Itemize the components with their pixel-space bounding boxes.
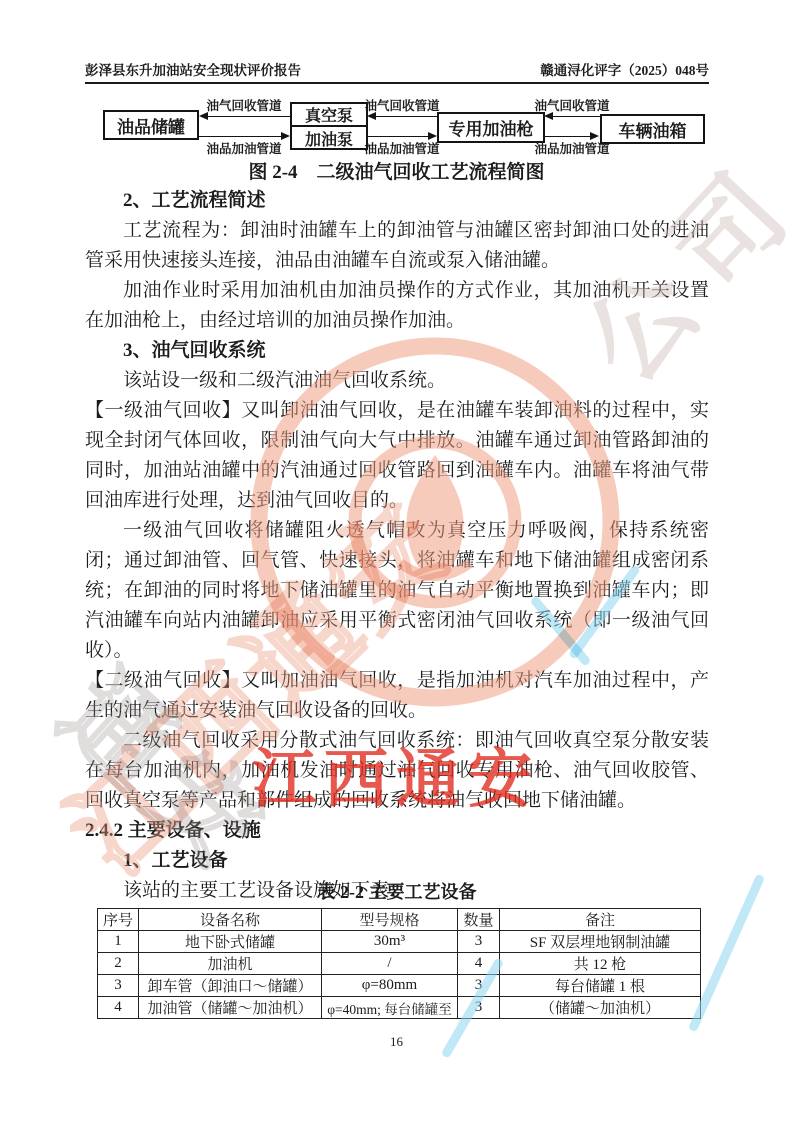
equipment-table-section: 表 2-2 主要工艺设备 序号 设备名称 型号规格 数量 备注 1 地下卧式储罐…: [85, 876, 709, 1019]
equipment-table: 序号 设备名称 型号规格 数量 备注 1 地下卧式储罐 30m³ 3 SF 双层…: [97, 908, 701, 1019]
cell-spec: φ=40mm; 每台储罐至: [322, 997, 458, 1019]
heading-process-equipment: 1、工艺设备: [85, 846, 709, 876]
paragraph-primary-detail: 一级油气回收将储罐阻火透气帽改为真空压力呼吸阀，保持系统密闭；通过卸油管、回气管…: [85, 516, 709, 666]
header-document-number: 赣通浔化评字（2025）048号: [540, 59, 709, 79]
table-row: 2 加油机 / 4 共 12 枪: [98, 953, 701, 975]
cell-quantity: 4: [458, 953, 500, 975]
figure-caption: 图 2-4 二级油气回收工艺流程简图: [0, 157, 793, 184]
column-header-quantity: 数量: [458, 909, 500, 931]
cell-quantity: 3: [458, 997, 500, 1019]
cell-name: 地下卧式储罐: [139, 931, 322, 953]
column-header-remark: 备注: [500, 909, 701, 931]
page-number: 16: [0, 1034, 793, 1050]
cell-index: 2: [98, 953, 139, 975]
heading-vapor-recovery-system: 3、油气回收系统: [85, 336, 709, 366]
document-page: 彭泽县东升加油站安全现状评价报告 赣通浔化评字（2025）048号 油品储罐 真…: [0, 0, 793, 1122]
pipe-label-vapor-recovery: 油气回收管道: [525, 96, 619, 114]
table-row: 4 加油管（储罐～加油机） φ=40mm; 每台储罐至 3 （储罐～加油机）: [98, 997, 701, 1019]
paragraph-secondary-recovery: 【二级油气回收】又叫加油油气回收，是指加油机对汽车加油过程中，产生的油气通过安装…: [85, 666, 709, 726]
cell-spec: 30m³: [322, 931, 458, 953]
heading-main-equipment: 2.4.2 主要设备、设施: [85, 816, 709, 846]
diagram-box-oil-storage-tank: 油品储罐: [103, 110, 199, 140]
cell-spec: /: [322, 953, 458, 975]
heading-process-summary: 2、工艺流程简述: [85, 186, 709, 216]
table-header-row: 序号 设备名称 型号规格 数量 备注: [98, 909, 701, 931]
pipe-line: [207, 116, 290, 117]
paragraph-primary-recovery: 【一级油气回收】又叫卸油油气回收，是在油罐车装卸油料的过程中，实现全封闭气体回收…: [85, 396, 709, 516]
cell-remark: （储罐～加油机）: [500, 997, 701, 1019]
cell-name: 加油管（储罐～加油机）: [139, 997, 322, 1019]
cell-name: 加油机: [139, 953, 322, 975]
paragraph-station-systems: 该站设一级和二级汽油油气回收系统。: [85, 366, 709, 396]
table-caption: 表 2-2 主要工艺设备: [85, 876, 709, 908]
cell-index: 3: [98, 975, 139, 997]
pipe-label-vapor-recovery: 油气回收管道: [197, 96, 291, 114]
cell-index: 4: [98, 997, 139, 1019]
header-report-title: 彭泽县东升加油站安全现状评价报告: [85, 59, 301, 79]
page-header: 彭泽县东升加油站安全现状评价报告 赣通浔化评字（2025）048号: [85, 54, 709, 84]
paragraph-refueling-operation: 加油作业时采用加油机由加油员操作的方式作业，其加油机开关设置在加油枪上，由经过培…: [85, 276, 709, 336]
box-label: 油品储罐: [117, 113, 185, 138]
cell-remark: 共 12 枪: [500, 953, 701, 975]
body-text: 2、工艺流程简述 工艺流程为：卸油时油罐车上的卸油管与油罐区密封卸油口处的进油管…: [85, 186, 709, 906]
pipe-label-fuel-pipe: 油品加油管道: [525, 139, 619, 157]
column-header-index: 序号: [98, 909, 139, 931]
table-row: 3 卸车管（卸油口～储罐） φ=80mm 3 每台储罐 1 根: [98, 975, 701, 997]
column-header-name: 设备名称: [139, 909, 322, 931]
paragraph-process-flow: 工艺流程为：卸油时油罐车上的卸油管与油罐区密封卸油口处的进油管采用快速接头连接，…: [85, 216, 709, 276]
pipe-label-fuel-pipe: 油品加油管道: [355, 139, 449, 157]
cell-index: 1: [98, 931, 139, 953]
cell-quantity: 3: [458, 931, 500, 953]
cell-name: 卸车管（卸油口～储罐）: [139, 975, 322, 997]
cell-quantity: 3: [458, 975, 500, 997]
cell-remark: 每台储罐 1 根: [500, 975, 701, 997]
pipe-line: [199, 136, 282, 137]
pipe-line: [545, 136, 591, 137]
box-label: 车辆油箱: [619, 117, 687, 142]
vapor-recovery-flow-diagram: 油品储罐 真空泵 加油泵 专用加油枪 车辆油箱 油气回收管道 油品加油管道 油气…: [0, 96, 793, 158]
table-row: 1 地下卧式储罐 30m³ 3 SF 双层埋地钢制油罐: [98, 931, 701, 953]
pipe-line: [552, 116, 600, 117]
pipe-line: [368, 136, 429, 137]
pipe-label-fuel-pipe: 油品加油管道: [197, 139, 291, 157]
pipe-line: [375, 116, 437, 117]
column-header-spec: 型号规格: [322, 909, 458, 931]
cell-spec: φ=80mm: [322, 975, 458, 997]
box-label: 专用加油枪: [449, 115, 534, 140]
paragraph-secondary-detail: 二级油气回收采用分散式油气回收系统：即油气回收真空泵分散安装在每台加油机内，加油…: [85, 726, 709, 816]
cell-remark: SF 双层埋地钢制油罐: [500, 931, 701, 953]
